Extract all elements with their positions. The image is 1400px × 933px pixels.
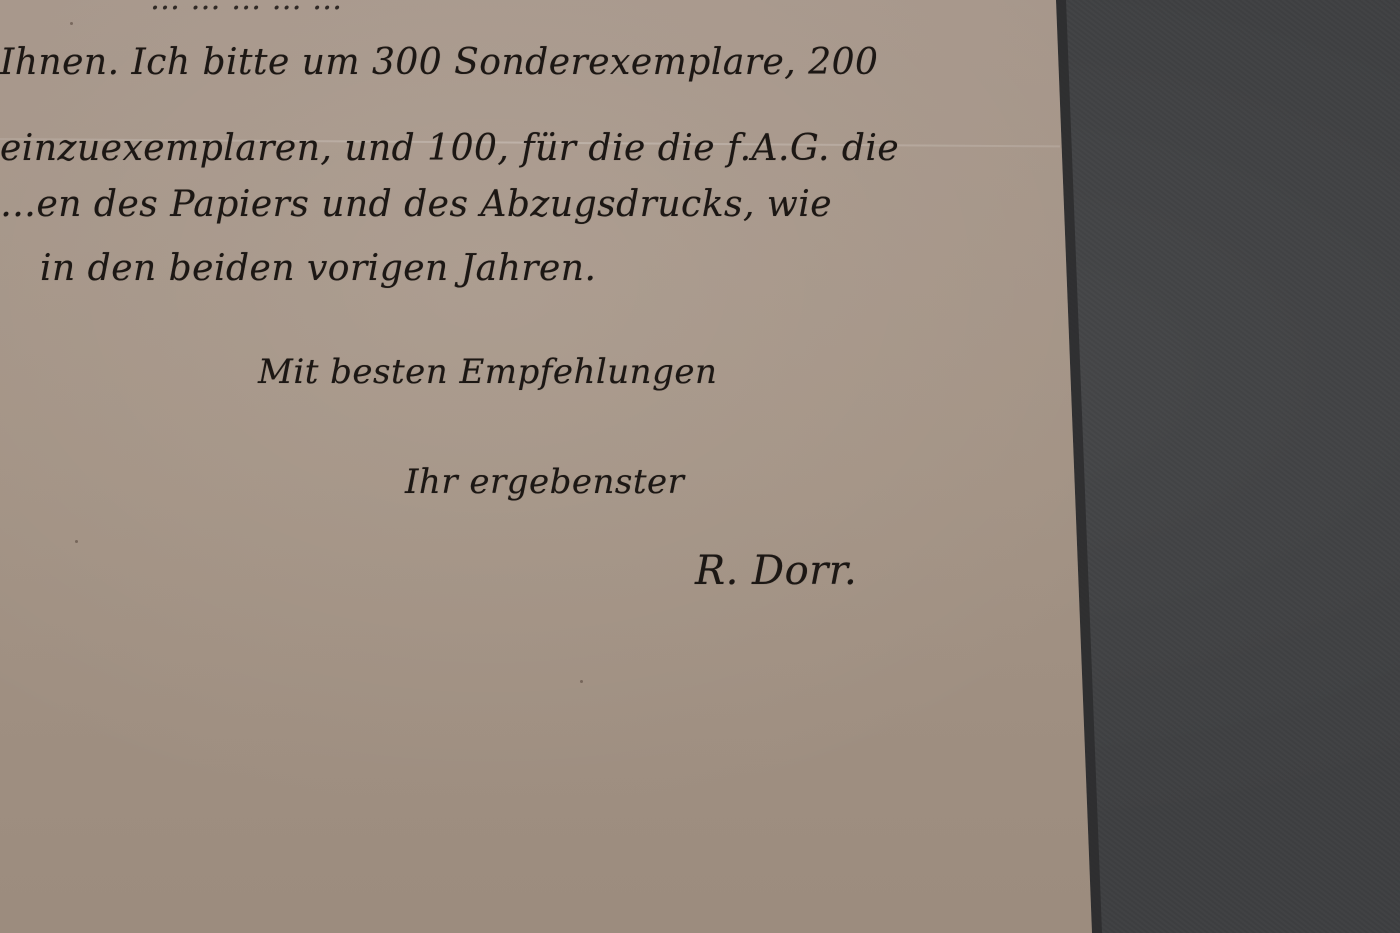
letter-line-5: in den beiden vorigen Jahren. [40, 248, 596, 289]
letter-closing: Mit besten Empfehlungen [258, 352, 717, 392]
letter-line-3: einzuexemplaren, und 100, für die die f.… [0, 128, 899, 169]
letter-line-2: Ihnen. Ich bitte um 300 Sonderexemplare,… [0, 42, 878, 83]
letter-valediction: Ihr ergebenster [405, 462, 684, 502]
letter-signature: R. Dorr. [695, 548, 857, 594]
letter-line-1-cropped: … … … … … [150, 0, 343, 17]
paper-speck [580, 680, 583, 683]
paper-speck [70, 22, 73, 25]
letter-line-4: …en des Papiers und des Abzugsdrucks, wi… [0, 184, 832, 225]
paper-speck [75, 540, 78, 543]
